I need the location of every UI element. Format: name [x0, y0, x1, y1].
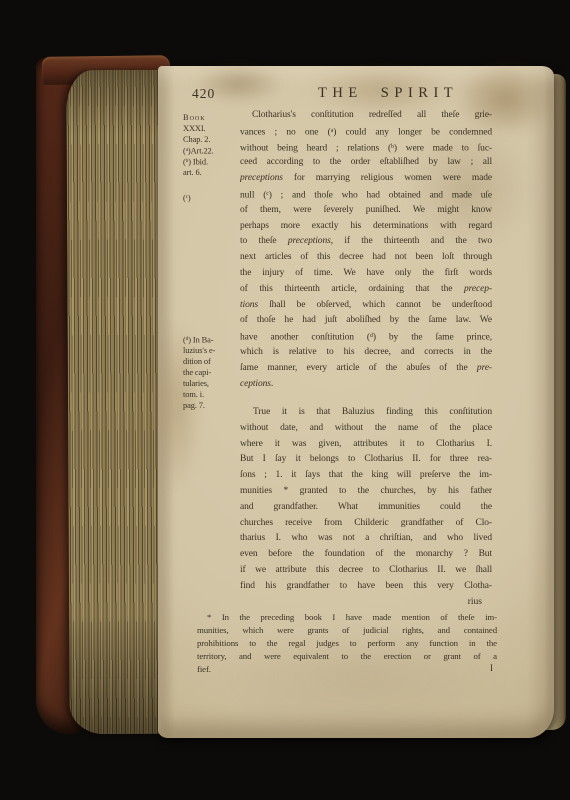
text-line: to theſe preceptions, if the thirteenth … — [240, 234, 492, 250]
text-line: Clotharius's conſtitution redreſſed all … — [240, 108, 492, 124]
text-line: tom. i. — [183, 389, 239, 400]
text-line: even before the foundation of the monarc… — [240, 547, 492, 563]
text-line: pag. 7. — [183, 400, 239, 411]
text-line: of this thirteenth article, ordaining th… — [240, 282, 492, 298]
text-line: tularies, — [183, 378, 239, 389]
footnote-signature-mark: I — [197, 662, 493, 675]
text-line: Chap. 2. — [183, 134, 239, 145]
text-line: True it is that Baluzius finding this co… — [240, 405, 492, 421]
text-line: churches receive from Childeric grandfat… — [240, 516, 492, 532]
text-line: dition of — [183, 356, 239, 367]
text-line: without being heard ; relations (b) were… — [240, 140, 492, 156]
text-line: XXXI. — [183, 123, 239, 134]
text-line: perhaps more exactly his determinations … — [240, 219, 492, 235]
text-line: munities, which were grants of judicial … — [197, 624, 497, 637]
text-line: vances ; no one (a) could any longer be … — [240, 124, 492, 140]
text-line: where it was given, attributes it to Clo… — [240, 437, 492, 453]
catchword: rius — [240, 595, 482, 609]
text-line: luzius's e- — [183, 345, 239, 356]
text-line: (d) In Ba- — [183, 334, 239, 345]
paragraph-2: True it is that Baluzius finding this co… — [240, 405, 492, 595]
margin-note-c: (c) — [183, 192, 239, 203]
text-line: next articles of this decree had not bee… — [240, 250, 492, 266]
text-line: without date, and without the name of th… — [240, 421, 492, 437]
text-line: Book — [183, 112, 239, 123]
running-title: THE SPIRIT — [318, 85, 458, 102]
text-line: the injury of time. We have only the fir… — [240, 266, 492, 282]
text-line: But I ſay it belongs to Clotharius II. f… — [240, 452, 492, 468]
text-line: null (c) ; and thoſe who had obtained an… — [240, 187, 492, 203]
text-line: * In the preceding book I have made ment… — [197, 611, 497, 624]
text-line: (a)Art.22. — [183, 145, 239, 156]
page-number: 420 — [192, 86, 215, 102]
margin-note-book-chapter: BookXXXI.Chap. 2.(a)Art.22.(b) Ibid.art.… — [183, 112, 239, 178]
text-line: tions ſhall be obſerved, which cannot be… — [240, 298, 492, 314]
text-line: (c) — [183, 192, 239, 203]
text-line: preceptions for marrying religious women… — [240, 171, 492, 187]
text-line: of thoſe he had juſt aboliſhed by the ſa… — [240, 313, 492, 329]
text-line: tharius I. who was not a chriſtian, and … — [240, 531, 492, 547]
text-line: prohibitions to the regal judges to perf… — [197, 637, 497, 650]
text-line: which is relative to his decree, and cor… — [240, 345, 492, 361]
text-line: art. 6. — [183, 167, 239, 178]
paragraph-1: Clotharius's conſtitution redreſſed all … — [240, 108, 492, 392]
text-line: (b) Ibid. — [183, 156, 239, 167]
text-line: and grandfather. What immunities could t… — [240, 500, 492, 516]
text-line: ceptions. — [240, 377, 492, 393]
text-line: find his grandfather to have been this v… — [240, 579, 492, 595]
text-line: of them, were ſeverely puniſhed. We migh… — [240, 203, 492, 219]
text-line: ſame manner, every article of the abuſes… — [240, 361, 492, 377]
text-line: ſons ; 1. it ſays that the king will pre… — [240, 468, 492, 484]
photo-background: { "header": { "page_number": "420", "run… — [0, 0, 570, 800]
margin-note-baluzius: (d) In Ba-luzius's e-dition ofthe capi-t… — [183, 334, 239, 411]
text-line: munities * granted to the churches, by h… — [240, 484, 492, 500]
text-line: have another conſtitution (d) by the ſam… — [240, 329, 492, 345]
text-line: ceed according to the order eſtabliſhed … — [240, 155, 492, 171]
book-page: 420 THE SPIRIT BookXXXI.Chap. 2.(a)Art.2… — [158, 66, 554, 738]
text-line: the capi- — [183, 367, 239, 378]
text-line: if we attribute this decree to Clothariu… — [240, 563, 492, 579]
